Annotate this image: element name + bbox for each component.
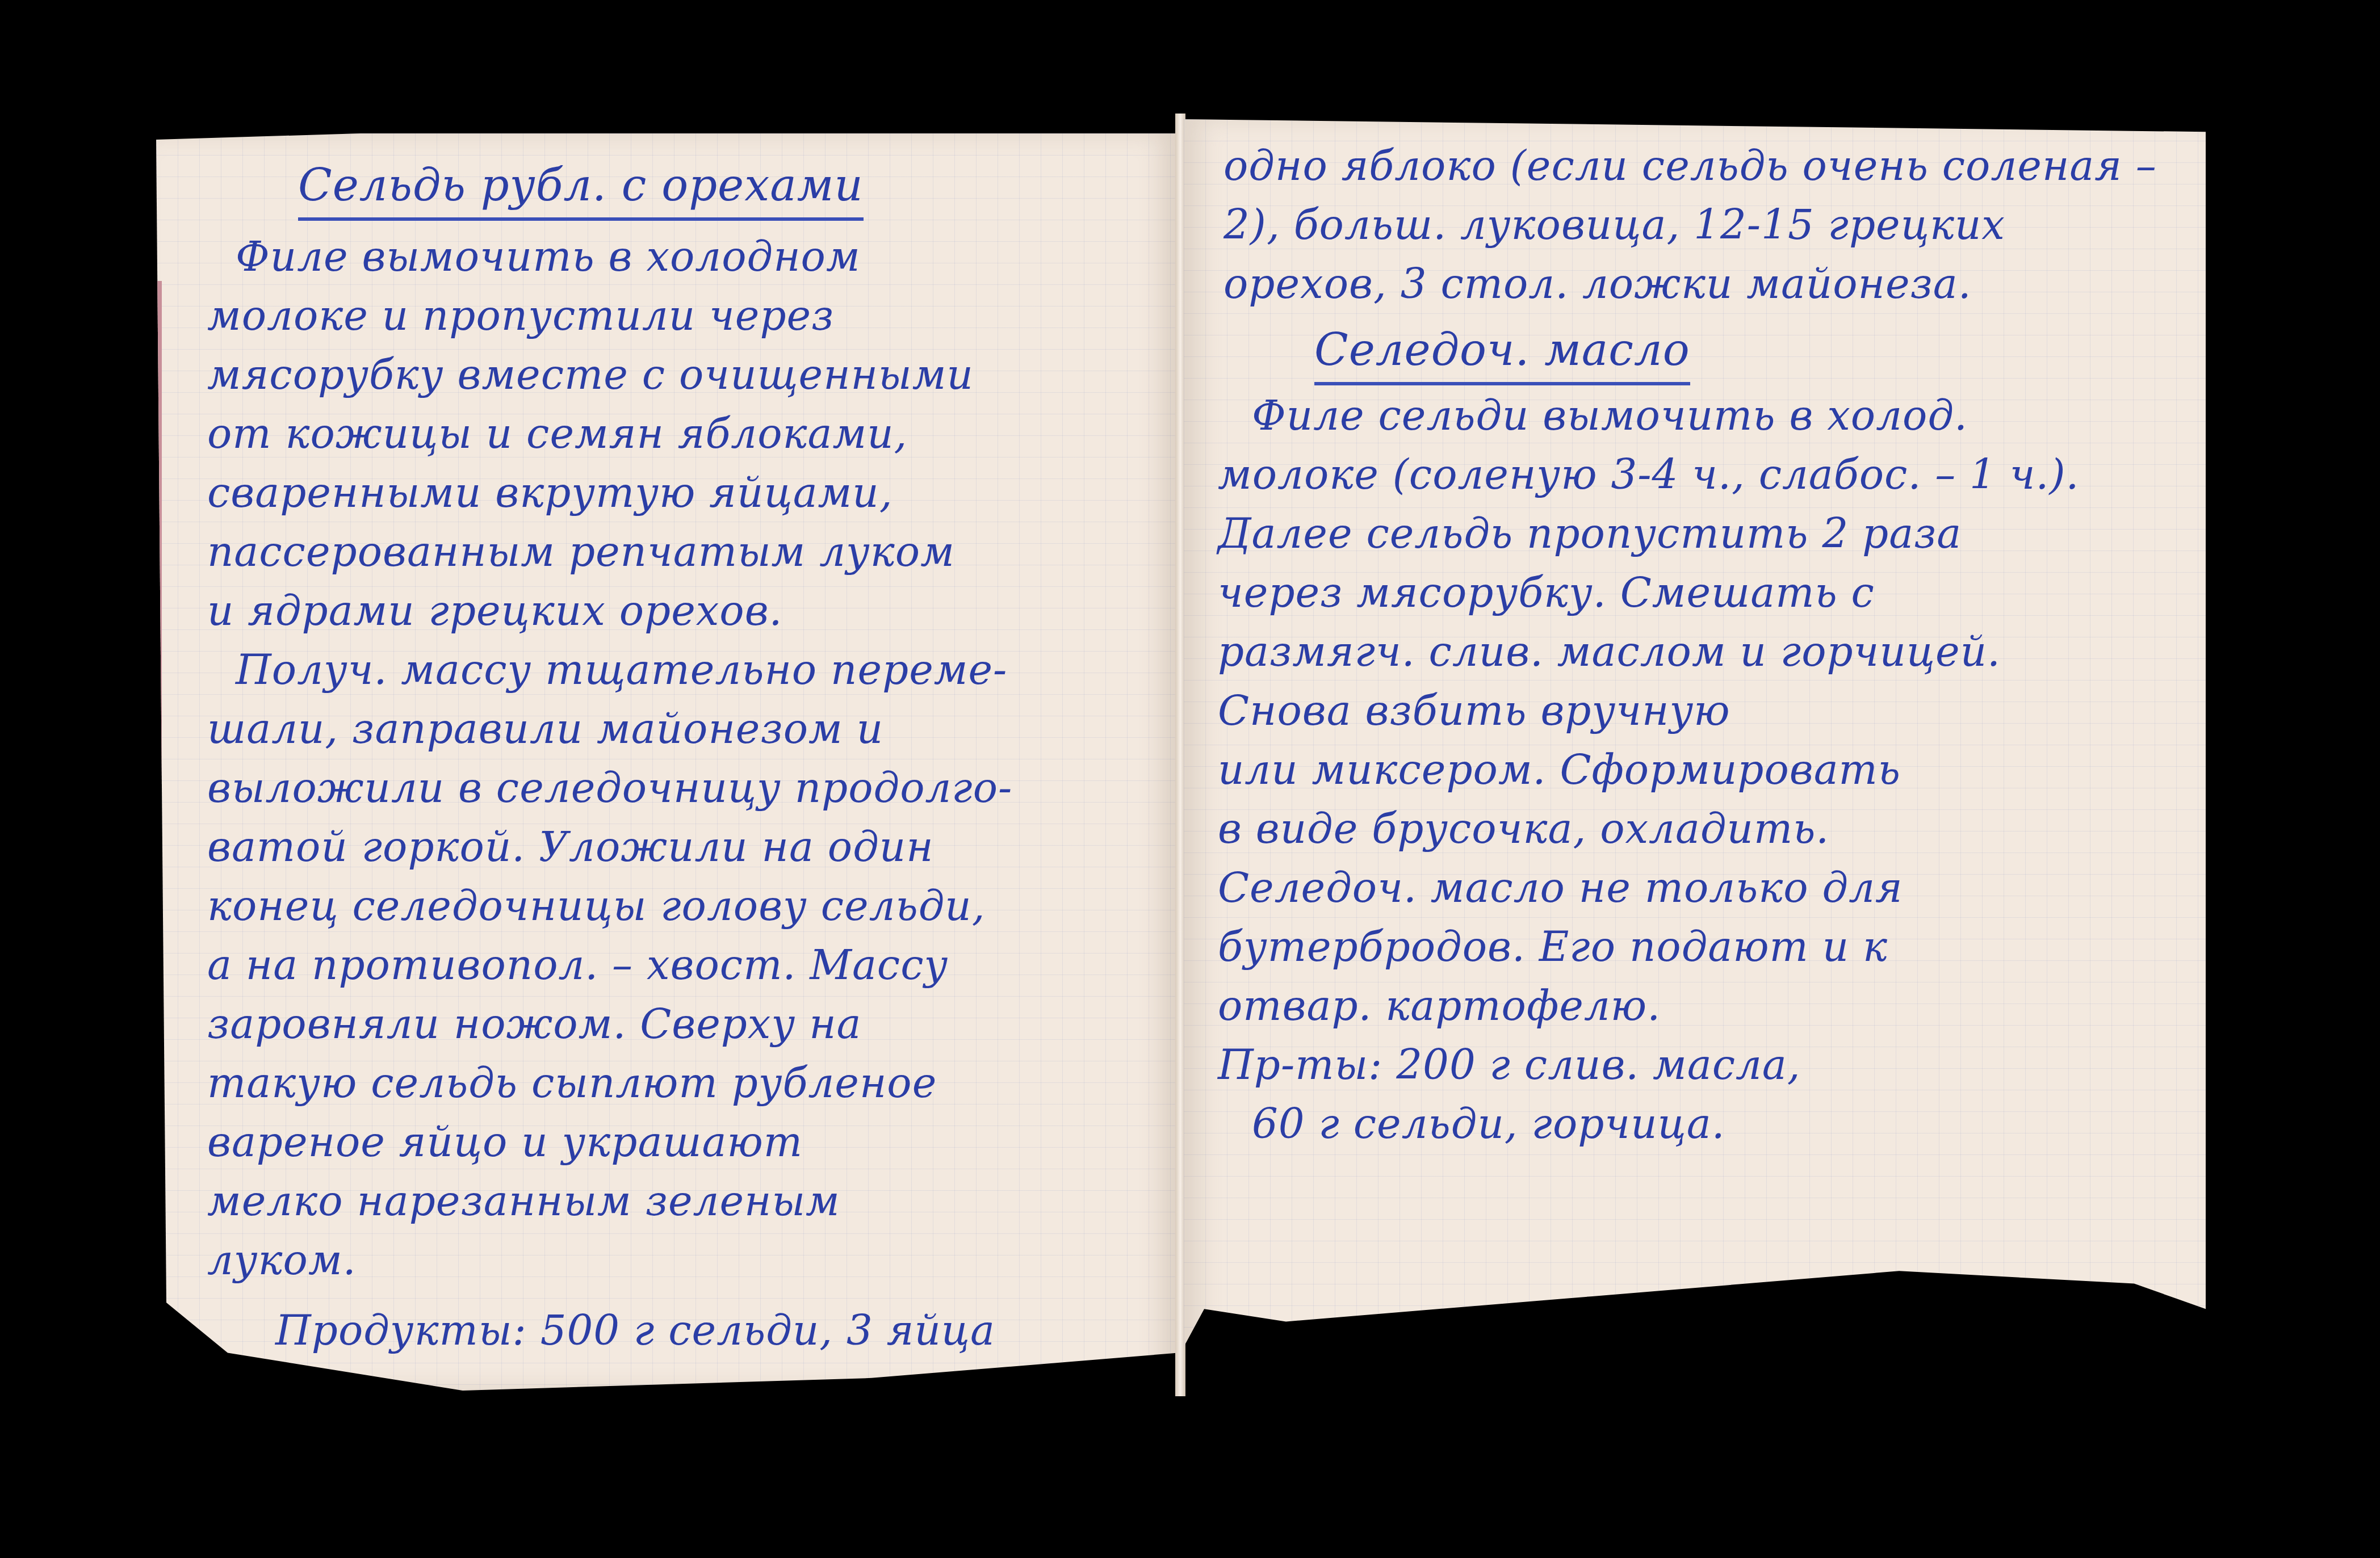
text-line: или миксером. Сформировать — [1218, 740, 2079, 799]
text-line: луком. — [207, 1231, 1012, 1290]
text-line: Далее сельдь пропустить 2 раза — [1218, 504, 2079, 563]
text-line: бутербродов. Его подают и к — [1218, 917, 2079, 976]
page-edge-pink — [156, 281, 162, 1359]
text-line: такую сельдь сыплют рубленое — [207, 1053, 1012, 1112]
left-page: Сельдь рубл. с орехами Филе вымочить в х… — [156, 133, 1178, 1391]
text-line: Филе сельди вымочить в холод. — [1252, 386, 2079, 445]
text-line: а на противопол. – хвост. Массу — [207, 935, 1012, 994]
text-line: молоке и пропустили через — [207, 286, 1012, 345]
text-line: Получ. массу тщательно переме- — [236, 640, 1012, 699]
text-line: отвар. картофелю. — [1218, 976, 2079, 1035]
text-line: вареное яйцо и украшают — [207, 1112, 1012, 1171]
text-line: орехов, 3 стол. ложки майонеза. — [1223, 254, 2157, 313]
continuation-text: одно яблоко (если сельдь очень соленая –… — [1223, 136, 2157, 313]
text-line: размягч. слив. маслом и горчицей. — [1218, 622, 2079, 681]
text-line: мелко нарезанным зеленым — [207, 1171, 1012, 1231]
text-line: и ядрами грецких орехов. — [207, 581, 1012, 640]
text-line: от кожицы и семян яблоками, — [207, 404, 1012, 463]
text-line: ватой горкой. Уложили на один — [207, 817, 1012, 876]
text-line: заровняли ножом. Сверху на — [207, 994, 1012, 1053]
text-line: Филе вымочить в холодном — [236, 227, 1012, 286]
recipe-title-herring-with-nuts: Сельдь рубл. с орехами — [298, 156, 864, 221]
ingredients-line: Пр-ты: 200 г слив. масла, — [1218, 1035, 2079, 1094]
right-page: одно яблоко (если сельдь очень соленая –… — [1184, 119, 2206, 1385]
text-line: конец селедочницы голову сельди, — [207, 876, 1012, 935]
right-page-body: Филе сельди вымочить в холод. молоке (со… — [1218, 386, 2079, 1153]
ingredients-line: 60 г сельди, горчица. — [1252, 1094, 2079, 1153]
text-line: выложили в селедочницу продолго- — [207, 758, 1012, 817]
text-line: Снова взбить вручную — [1218, 681, 2079, 740]
text-line: одно яблоко (если сельдь очень соленая – — [1223, 136, 2157, 195]
text-line: Селедоч. масло не только для — [1218, 858, 2079, 917]
text-line: через мясорубку. Смешать с — [1218, 563, 2079, 622]
text-line: шали, заправили майонезом и — [207, 699, 1012, 758]
text-line: мясорубку вместе с очищенными — [207, 345, 1012, 404]
recipe-title-herring-butter: Селедоч. масло — [1314, 321, 1690, 385]
text-line: сваренными вкрутую яйцами, — [207, 463, 1012, 522]
text-line: 2), больш. луковица, 12-15 грецких — [1223, 195, 2157, 254]
left-page-body: Филе вымочить в холодном молоке и пропус… — [207, 227, 1012, 1360]
text-line: пассерованным репчатым луком — [207, 522, 1012, 581]
ingredients-line: Продукты: 500 г сельди, 3 яйца — [275, 1301, 1012, 1360]
text-line: молоке (соленую 3-4 ч., слабос. – 1 ч.). — [1218, 445, 2079, 504]
notebook-spread: Сельдь рубл. с орехами Филе вымочить в х… — [0, 0, 2380, 1558]
text-line: в виде брусочка, охладить. — [1218, 799, 2079, 858]
